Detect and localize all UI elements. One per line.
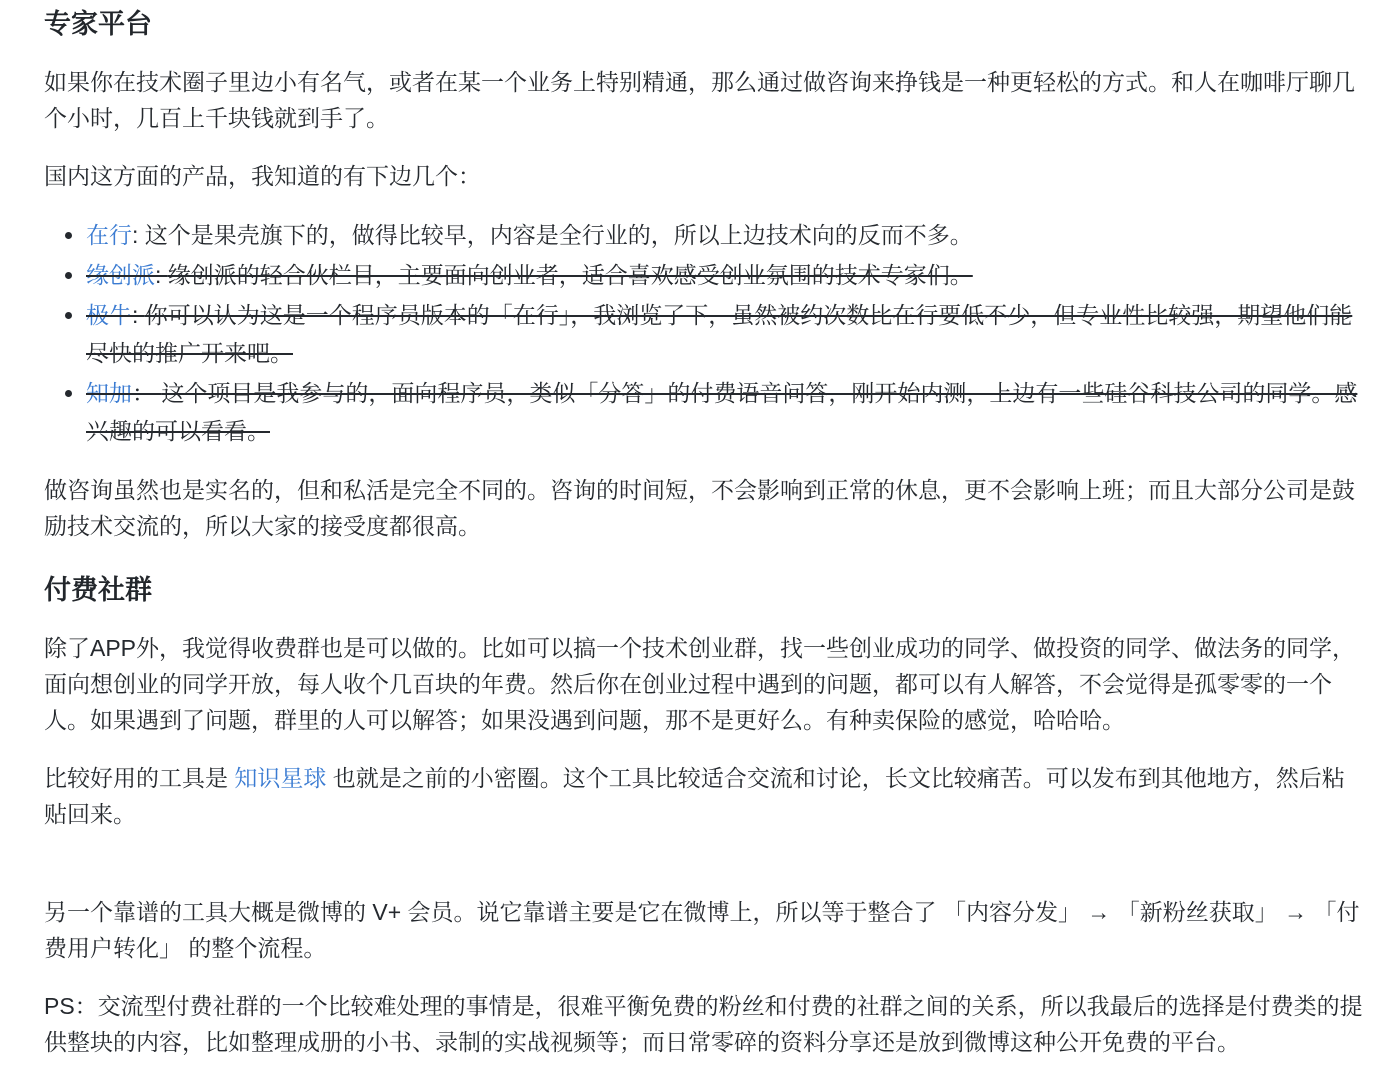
list-item-jiniu: 极牛: 你可以认为这是一个程序员版本的「在行」，我浏览了下，虽然被约次数比在行要… [86, 296, 1364, 372]
list-item-separator: : [155, 262, 168, 288]
list-item-zaihang: 在行: 这个是果壳旗下的，做得比较早，内容是全行业的，所以上边技术向的反而不多。 [86, 216, 1364, 254]
list-item-desc: 这个是果壳旗下的，做得比较早，内容是全行业的，所以上边技术向的反而不多。 [145, 222, 973, 248]
yuanchuangpai-link[interactable]: 缘创派 [86, 262, 155, 288]
list-item-desc: 你可以认为这是一个程序员版本的「在行」，我浏览了下，虽然被约次数比在行要低不少，… [86, 302, 1352, 366]
jiniu-link[interactable]: 极牛 [86, 302, 132, 328]
paid-community-ps-paragraph: PS：交流型付费社群的一个比较难处理的事情是，很难平衡免费的粉丝和付费的社群之间… [44, 988, 1364, 1060]
list-item-desc: 这个项目是我参与的，面向程序员，类似「分答」的付费语音问答，刚开始内测，上边有一… [86, 380, 1357, 444]
p2-text-before-link: 比较好用的工具是 [44, 765, 234, 791]
list-item-yuanchuangpai: 缘创派: 缘创派的轻合伙栏目，主要面向创业者，适合喜欢感受创业氛围的技术专家们。 [86, 256, 1364, 294]
list-item-body: 在行: 这个是果壳旗下的，做得比较早，内容是全行业的，所以上边技术向的反而不多。 [86, 222, 973, 248]
list-item-separator: : [132, 302, 145, 328]
section-heading-paid-community: 付费社群 [44, 572, 1364, 608]
paid-community-paragraph-2: 比较好用的工具是 知识星球 也就是之前的小密圈。这个工具比较适合交流和讨论，长文… [44, 760, 1364, 832]
paid-community-paragraph-3: 另一个靠谱的工具大概是微博的 V+ 会员。说它靠谱主要是它在微博上，所以等于整合… [44, 894, 1364, 966]
expert-outro-paragraph: 做咨询虽然也是实名的，但和私活是完全不同的。咨询的时间短，不会影响到正常的休息，… [44, 472, 1364, 544]
list-item-body-strikethrough: 缘创派: 缘创派的轻合伙栏目，主要面向创业者，适合喜欢感受创业氛围的技术专家们。 [86, 262, 973, 288]
section-heading-expert-platform: 专家平台 [44, 6, 1364, 42]
zaihang-link[interactable]: 在行 [86, 222, 132, 248]
platform-list: 在行: 这个是果壳旗下的，做得比较早，内容是全行业的，所以上边技术向的反而不多。… [44, 216, 1364, 450]
zhijia-link[interactable]: 知加 [86, 380, 132, 406]
paid-community-paragraph-1: 除了APP外，我觉得收费群也是可以做的。比如可以搞一个技术创业群，找一些创业成功… [44, 630, 1364, 738]
list-item-separator: : [132, 222, 145, 248]
article-body: 专家平台 如果你在技术圈子里边小有名气，或者在某一个业务上特别精通，那么通过做咨… [0, 0, 1400, 1080]
list-item-desc: 缘创派的轻合伙栏目，主要面向创业者，适合喜欢感受创业氛围的技术专家们。 [168, 262, 973, 288]
expert-intro-paragraph: 如果你在技术圈子里边小有名气，或者在某一个业务上特别精通，那么通过做咨询来挣钱是… [44, 64, 1364, 136]
list-item-zhijia: 知加： 这个项目是我参与的，面向程序员，类似「分答」的付费语音问答，刚开始内测，… [86, 374, 1364, 450]
list-item-separator: ： [132, 380, 161, 406]
list-item-body-strikethrough: 极牛: 你可以认为这是一个程序员版本的「在行」，我浏览了下，虽然被约次数比在行要… [86, 302, 1352, 366]
expert-list-intro-paragraph: 国内这方面的产品，我知道的有下边几个： [44, 158, 1364, 194]
list-item-body-strikethrough: 知加： 这个项目是我参与的，面向程序员，类似「分答」的付费语音问答，刚开始内测，… [86, 380, 1357, 444]
zhishixingqiu-link[interactable]: 知识星球 [234, 765, 326, 791]
